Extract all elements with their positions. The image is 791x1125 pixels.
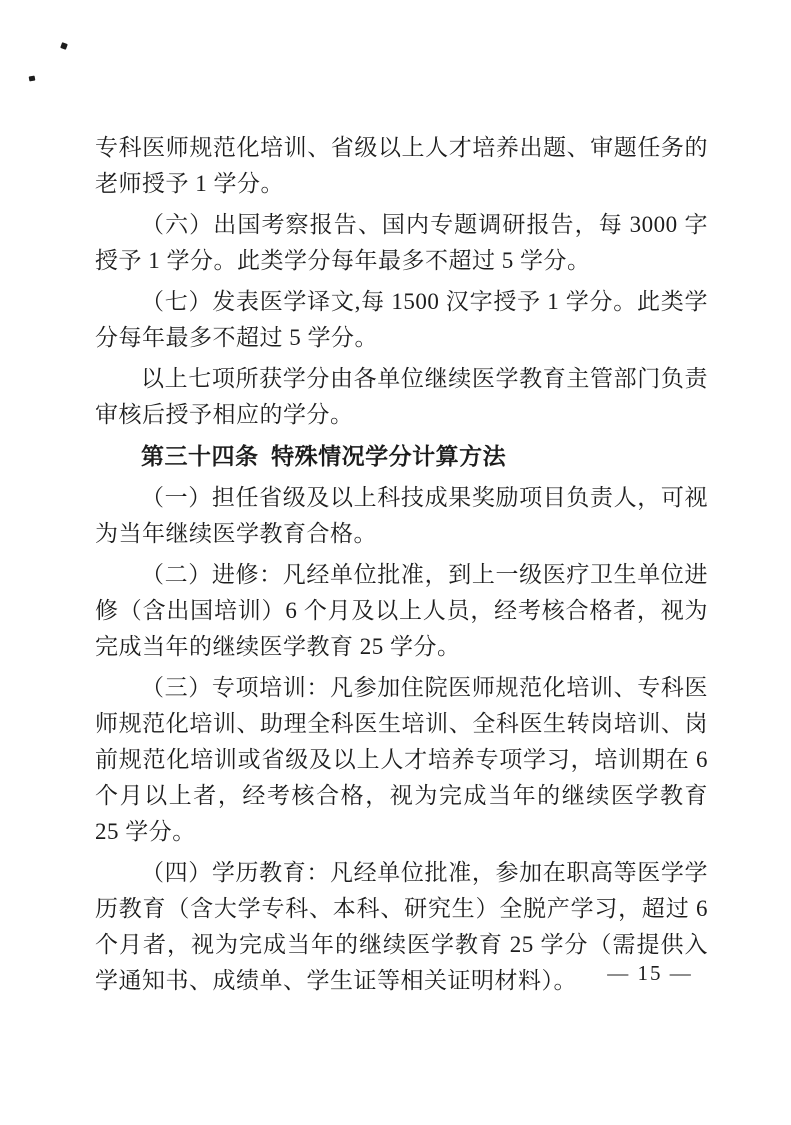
paragraph: 专科医师规范化培训、省级以上人才培养出题、审题任务的老师授予 1 学分。 — [95, 130, 708, 202]
section-number: 第三十四条 — [141, 443, 259, 469]
scan-speck — [29, 76, 36, 82]
paragraph: （六）出国考察报告、国内专题调研报告，每 3000 字授予 1 学分。此类学分每… — [95, 207, 708, 279]
document-body: 专科医师规范化培训、省级以上人才培养出题、审题任务的老师授予 1 学分。 （六）… — [95, 130, 708, 1004]
paragraph: 以上七项所获学分由各单位继续医学教育主管部门负责审核后授予相应的学分。 — [95, 361, 708, 433]
paragraph: （三）专项培训：凡参加住院医师规范化培训、专科医师规范化培训、助理全科医生培训、… — [95, 670, 708, 850]
paragraph: （一）担任省级及以上科技成果奖励项目负责人，可视为当年继续医学教育合格。 — [95, 480, 708, 552]
section-heading: 第三十四条特殊情况学分计算方法 — [95, 438, 708, 475]
scan-speck — [60, 42, 68, 50]
paragraph: （七）发表医学译文,每 1500 汉字授予 1 学分。此类学分每年最多不超过 5… — [95, 284, 708, 356]
section-title: 特殊情况学分计算方法 — [271, 444, 506, 469]
document-page: 专科医师规范化培训、省级以上人才培养出题、审题任务的老师授予 1 学分。 （六）… — [0, 0, 791, 1125]
page-number: — 15 — — [590, 961, 710, 986]
paragraph: （二）进修：凡经单位批准，到上一级医疗卫生单位进修（含出国培训）6 个月及以上人… — [95, 557, 708, 665]
